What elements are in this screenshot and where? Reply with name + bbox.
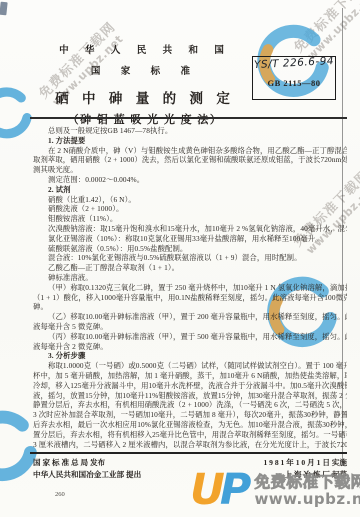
body-line: 总则及一般规定按GB 1467—78执行。 xyxy=(33,126,347,136)
body-line: 置分层后，弃去水相，将有机相移入25毫升比色管中，用混合萃取剂稀释至刻度，摇匀。… xyxy=(33,430,347,440)
header-divider xyxy=(30,117,347,119)
body-line: 砷标准溶液。 xyxy=(33,273,347,283)
body-line: 氯化亚锡溶液（10%）：称取10克氯化亚锡用33毫升盐酸溶解，用水稀释至100毫… xyxy=(33,234,347,244)
country-line: 中 华 人 民 共 和 国 xyxy=(38,42,252,56)
body-line: 液，摇匀，放置15分钟，加10毫升11%钼酸铵溶液，放置15分钟，加30毫升混合… xyxy=(33,391,347,401)
body-line: 在 2 N硝酸介质中，砷（V）与钼酸铵生成黄色砷钼杂多酸络合物，用乙酸乙酯—正丁… xyxy=(33,146,347,156)
footer-divider xyxy=(30,452,347,454)
body-line: 3 次时应补加混合萃取剂，一号硒加10毫升，二号硒加 8 毫升），每次20毫升，… xyxy=(33,410,347,420)
body-line: 3. 分析步骤 xyxy=(33,351,347,361)
up-logo-p: P xyxy=(220,465,247,515)
body-line: 1. 方法提要 xyxy=(33,136,347,146)
body-line: 杯中，加 5 毫升硝酸，加热溶解，加 1 毫升硝酸，蒸干，加10毫升 6 N硝酸… xyxy=(33,371,347,381)
up-logo-u: U xyxy=(190,465,220,515)
standard-number: GB 2115—80 xyxy=(253,78,335,88)
body-line: 3 厘米液槽内，二号硒移入 2 厘米液槽内，以混合萃取剂为参比液，在分光光度计上… xyxy=(33,440,347,450)
up-logo-site-name: 免费标准下载网 xyxy=(254,474,360,491)
body-line: 砷。 xyxy=(33,302,347,312)
body-line: 称取1.0000克（一号硒）或0.5000克（二号硒）试样，（随同试样做试剂空白… xyxy=(33,361,347,371)
body-line: 乙酸乙酯—正丁醇混合萃取剂（1 + 1）。 xyxy=(33,263,347,273)
page-number: 260 xyxy=(55,491,65,498)
publisher-text: 国 家 标 准 总 局 发布 xyxy=(33,457,105,469)
body-line: 硝酸（比重1.42），（6 N）。 xyxy=(33,195,347,205)
body-line: 测定范围：0.0002～0.004%。 xyxy=(33,175,347,185)
scanned-standard-page: 免费标准下载网 www.upbz.net 免费标准下载网 www.upbz.ne… xyxy=(0,0,360,517)
proposer-text: 中华人民共和国冶金工业部 提出 xyxy=(33,469,141,481)
body-line: （1 + 1）酸化，移入1000毫升容量瓶中，用0.1N盐酸稀释至刻度，摇匀。此… xyxy=(33,293,347,303)
body-line: 冷却，移入125毫升分液漏斗中，用10毫升水洗杯壁，洗液合并于分液漏斗中。加0.… xyxy=(33,381,347,391)
document-header: 中 华 人 民 共 和 国 国 家 标 准 硒 中 砷 量 的 测 定 （砷 钼… xyxy=(38,42,252,127)
document-content: 中 华 人 民 共 和 国 国 家 标 准 硒 中 砷 量 的 测 定 （砷 钼… xyxy=(0,0,360,517)
body-line: （甲）称取0.1320克三氧化二砷，置于 250 毫升烧杯中，加10毫升 1 N… xyxy=(33,283,347,293)
implementation-date: 1 9 8 1 年 1 0 月 1 日 实施 xyxy=(263,457,347,469)
body-line: 后弃去水相，最后一次水相应用10%氯化亚锡溶液检查，为无色。加10毫升混合液，振… xyxy=(33,420,347,430)
handwritten-code: YS/T 226.6-94 xyxy=(254,55,337,71)
body-line: 测其吸光度。 xyxy=(33,165,347,175)
body-line: 取剂萃取，硒用硝酸（2 + 1000）洗去，然后以氯化亚锡和硫酸联氨还原成钼蓝，… xyxy=(33,155,347,165)
body-line: （丙）移取10.00毫升砷标准溶液（甲），置于 500 毫升容量瓶中，用水稀释至… xyxy=(33,332,347,342)
up-logo-letters: UP xyxy=(190,469,246,512)
body-line: 钼酸铵溶液（11%）。 xyxy=(33,214,347,224)
body-line: 液每毫升含 2 微克砷。 xyxy=(33,342,347,352)
body-line: 液每毫升含 5 微克砷。 xyxy=(33,322,347,332)
up-logo-site-url: www.upbz.net xyxy=(254,491,360,508)
standard-number-box: YS/T 226.6-94 GB 2115—80 xyxy=(252,56,336,100)
upbz-logo: UP 免费标准下载网 www.upbz.net xyxy=(190,469,360,512)
up-logo-text: 免费标准下载网 www.upbz.net xyxy=(254,469,360,508)
body-line: 混合液：10%氯化亚锡溶液与0.5%硫酸联氨溶液以（1 + 9）混合，用时配制。 xyxy=(33,253,347,263)
page-subtitle: （砷 钼 蓝 吸 光 光 度 法） xyxy=(38,111,252,127)
body-line: 硫酸联氨溶液（0.5%）：用0.5%盐酸配制。 xyxy=(33,244,347,254)
body-line: 2. 试剂 xyxy=(33,185,347,195)
page-title: 硒 中 砷 量 的 测 定 xyxy=(38,87,252,107)
body-line: （乙）移取10.00毫升砷标准溶液（甲），置于 200 毫升容量瓶中，用水稀释至… xyxy=(33,312,347,322)
standard-type-line: 国 家 标 准 xyxy=(38,63,252,77)
body-line: 静置分层后，弃去水相，有机相用硝酸洗液（2 + 1000）洗涤，（一号硒洗 6 … xyxy=(33,400,347,410)
body-line: 硝酸洗液（2 + 1000）。 xyxy=(33,204,347,214)
body-lines: 总则及一般规定按GB 1467—78执行。1. 方法提要在 2 N硝酸介质中，砷… xyxy=(33,126,347,449)
body-line: 次溴酸钠溶液：取15毫升饱和溴水和15毫升水，加10毫升 2 %氢氧化钠溶液，4… xyxy=(33,224,347,234)
